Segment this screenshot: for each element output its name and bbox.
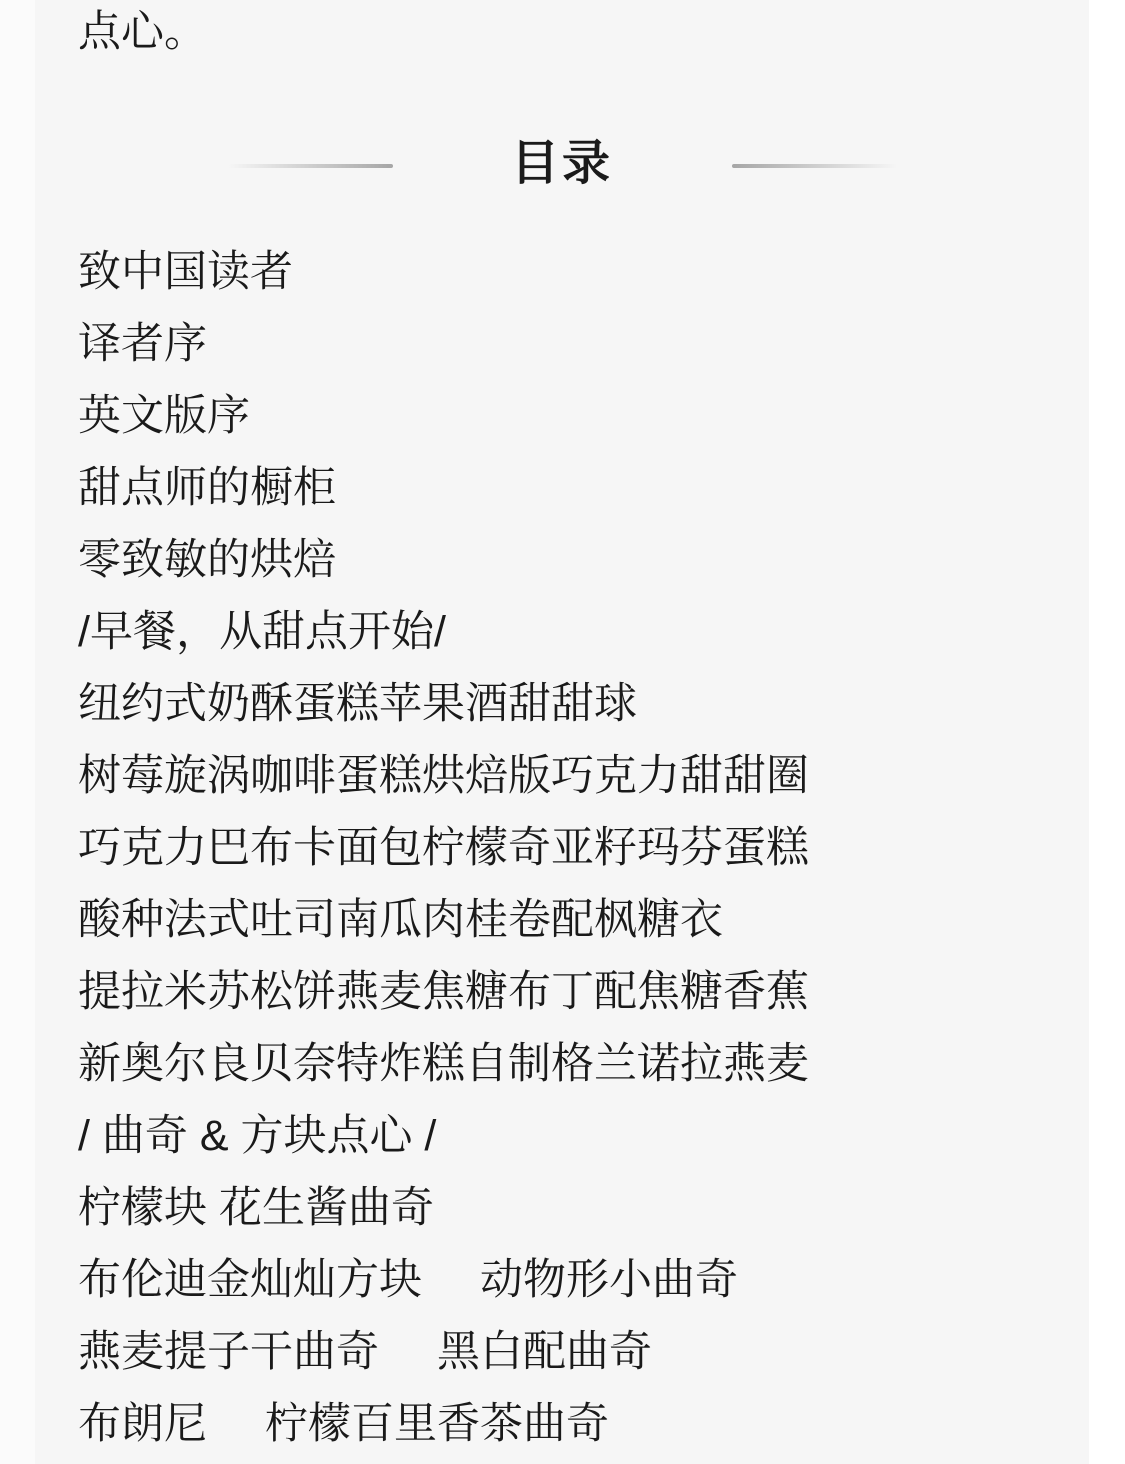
toc-item-text: 提拉米苏松饼燕麦焦糖布丁配焦糖香蕉 [78,958,809,1019]
toc-item[interactable]: / 曲奇 & 方块点心 / [78,1096,1049,1168]
toc-title: 目录 [35,134,1089,194]
toc-item[interactable]: 译者序 [78,304,1049,376]
toc-item-text: 动物形小曲奇 [480,1246,738,1307]
toc-item[interactable]: 柠檬块 花生酱曲奇 [78,1168,1049,1240]
toc-item[interactable]: 致中国读者 [78,232,1049,304]
toc-item-text: /早餐，从甜点开始/ [78,598,446,659]
toc-item-text: 柠檬百里香茶曲奇 [265,1390,609,1451]
toc-item-text: 布伦迪金灿灿方块 [78,1246,422,1307]
toc-item-text: 译者序 [78,310,207,371]
ebook-reader-page: 点心。 目录 致中国读者译者序英文版序甜点师的橱柜零致敏的烘焙/早餐，从甜点开始… [0,0,1125,1464]
toc-item[interactable]: /早餐，从甜点开始/ [78,592,1049,664]
toc-item-text: / 曲奇 & 方块点心 / [78,1102,436,1163]
toc-item[interactable]: 燕麦提子干曲奇黑白配曲奇 [78,1312,1049,1384]
right-page-margin [1088,0,1125,1464]
toc-item-text: 巧克力巴布卡面包柠檬奇亚籽玛芬蛋糕 [78,814,809,875]
toc-item-text: 纽约式奶酥蛋糕苹果酒甜甜球 [78,670,637,731]
toc-item[interactable]: 酸种法式吐司南瓜肉桂卷配枫糖衣 [78,880,1049,952]
toc-item[interactable]: 纽约式奶酥蛋糕苹果酒甜甜球 [78,664,1049,736]
toc-item-text: 英文版序 [78,382,250,443]
toc-item-text: 新奥尔良贝奈特炸糕自制格兰诺拉燕麦 [78,1030,809,1091]
left-page-margin [0,0,36,1464]
previous-paragraph-tail: 点心。 [78,6,207,58]
toc-item[interactable]: 新奥尔良贝奈特炸糕自制格兰诺拉燕麦 [78,1024,1049,1096]
toc-item[interactable]: 甜点师的橱柜 [78,448,1049,520]
toc-item-text: 树莓旋涡咖啡蛋糕烘焙版巧克力甜甜圈 [78,742,809,803]
toc-item[interactable]: 布朗尼柠檬百里香茶曲奇 [78,1384,1049,1456]
toc-item[interactable]: 提拉米苏松饼燕麦焦糖布丁配焦糖香蕉 [78,952,1049,1024]
toc-list: 致中国读者译者序英文版序甜点师的橱柜零致敏的烘焙/早餐，从甜点开始/纽约式奶酥蛋… [78,232,1049,1456]
toc-item-text: 零致敏的烘焙 [78,526,336,587]
toc-item[interactable]: 树莓旋涡咖啡蛋糕烘焙版巧克力甜甜圈 [78,736,1049,808]
toc-item-text: 甜点师的橱柜 [78,454,336,515]
right-divider-line [732,164,897,168]
toc-item[interactable]: 巧克力巴布卡面包柠檬奇亚籽玛芬蛋糕 [78,808,1049,880]
toc-item-text: 布朗尼 [78,1390,207,1451]
toc-item-text: 酸种法式吐司南瓜肉桂卷配枫糖衣 [78,886,723,947]
toc-item[interactable]: 布伦迪金灿灿方块动物形小曲奇 [78,1240,1049,1312]
page-content: 点心。 目录 致中国读者译者序英文版序甜点师的橱柜零致敏的烘焙/早餐，从甜点开始… [35,0,1089,1464]
toc-item-text: 柠檬块 花生酱曲奇 [78,1174,434,1235]
toc-item-text: 黑白配曲奇 [437,1318,652,1379]
toc-item[interactable]: 零致敏的烘焙 [78,520,1049,592]
toc-item-text: 燕麦提子干曲奇 [78,1318,379,1379]
toc-item-text: 致中国读者 [78,238,293,299]
toc-item[interactable]: 英文版序 [78,376,1049,448]
